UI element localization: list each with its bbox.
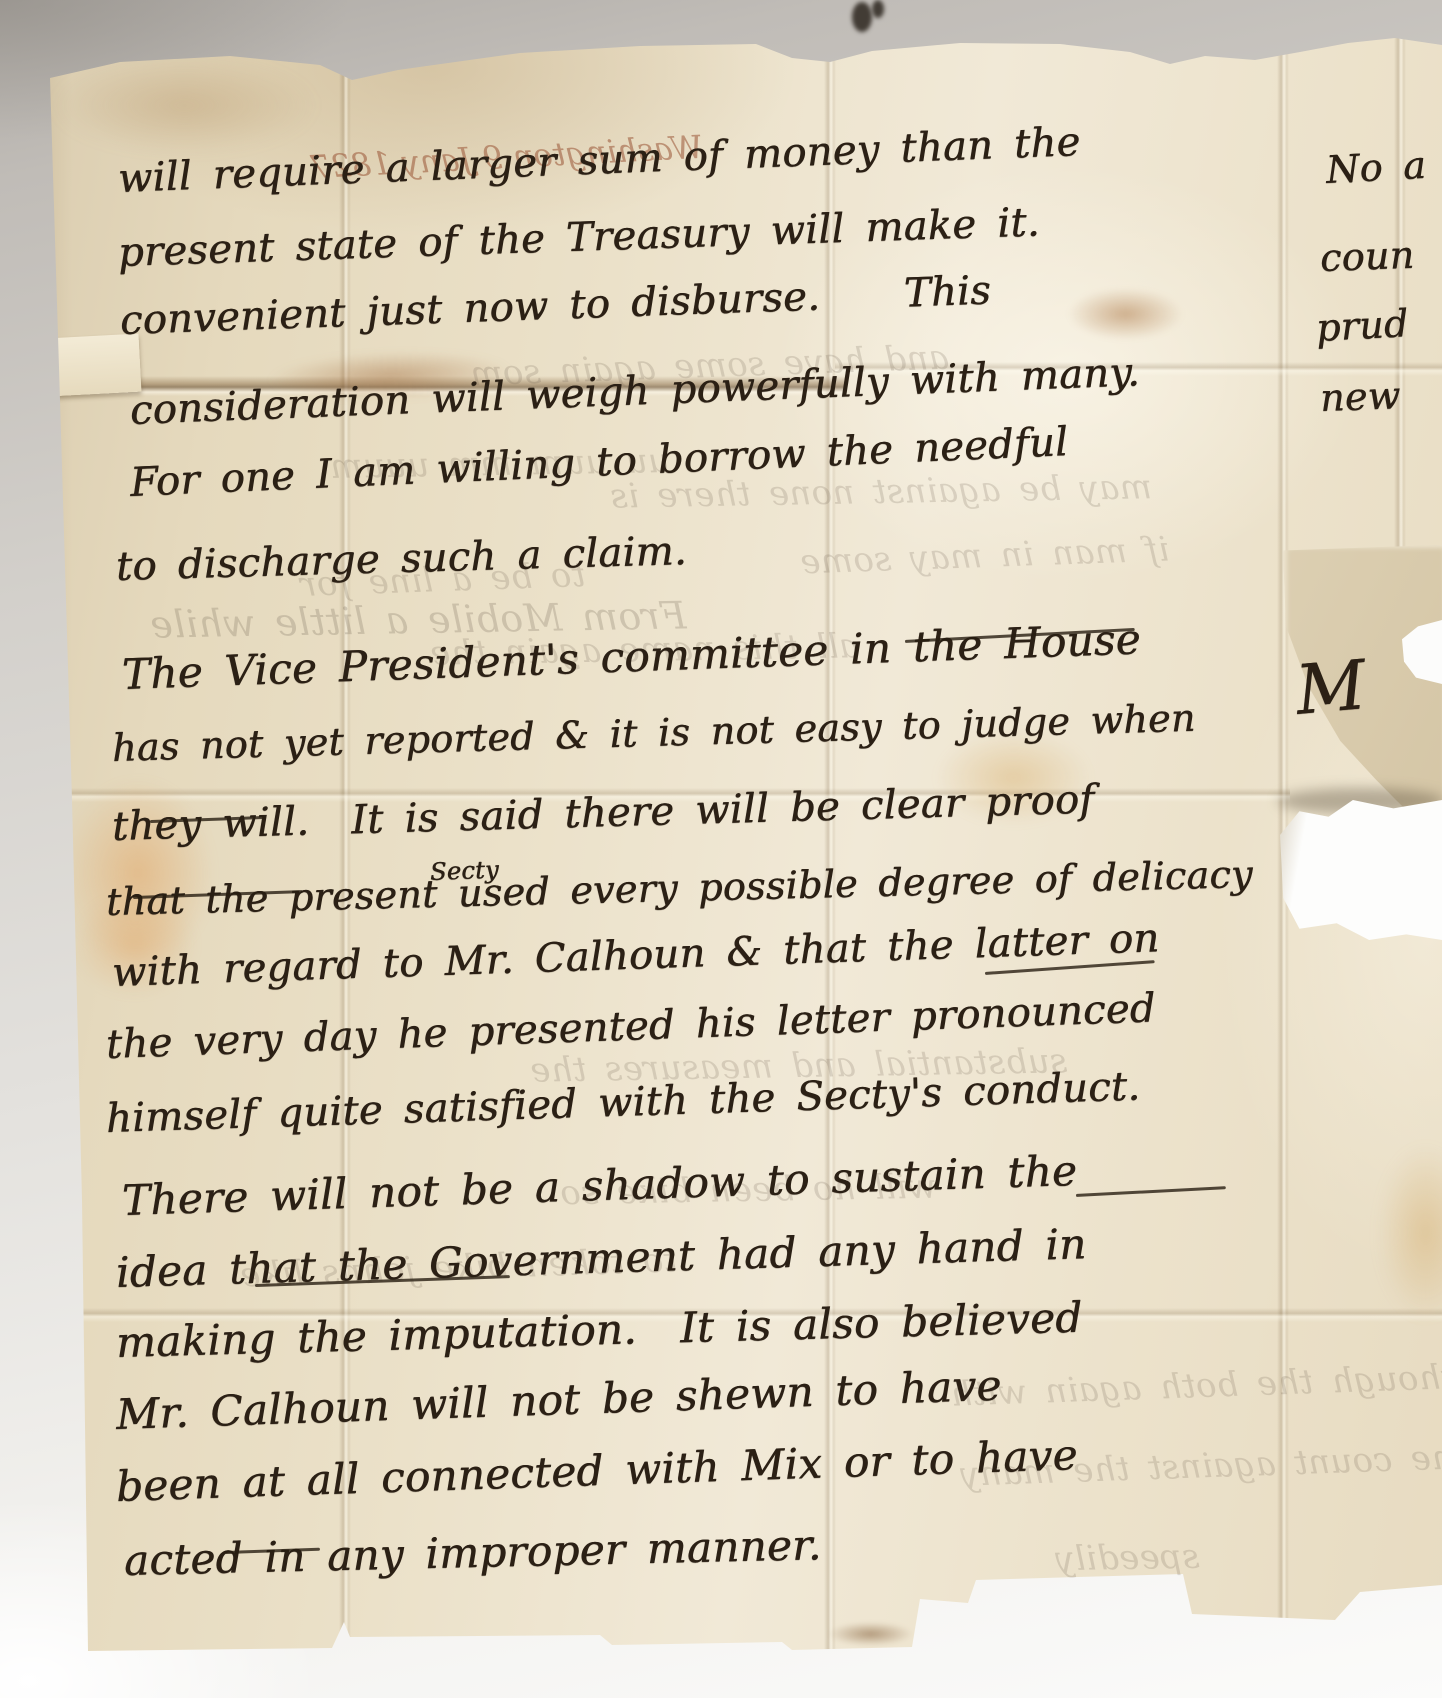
stain [52,58,317,153]
stain [828,1622,913,1646]
stain [1378,1145,1442,1320]
handwriting-line-right-column: coun [1319,233,1415,280]
handwriting-line-right-column: new [1319,373,1401,420]
address-initial: M [1293,646,1370,731]
ink-bleedthrough: speedily [1055,1537,1200,1580]
fold-crease-vertical [1394,0,1406,560]
torn-hole [1280,800,1442,940]
backdrop-smudge [852,2,872,32]
photo-of-letter: Washington 9 Jany 1827 and have some aga… [0,0,1442,1698]
stain [1068,288,1183,340]
backdrop-smudge [872,0,884,18]
handwriting-line-right-column: No a [1325,143,1427,192]
handwriting-line-right-column: prud [1315,301,1410,350]
